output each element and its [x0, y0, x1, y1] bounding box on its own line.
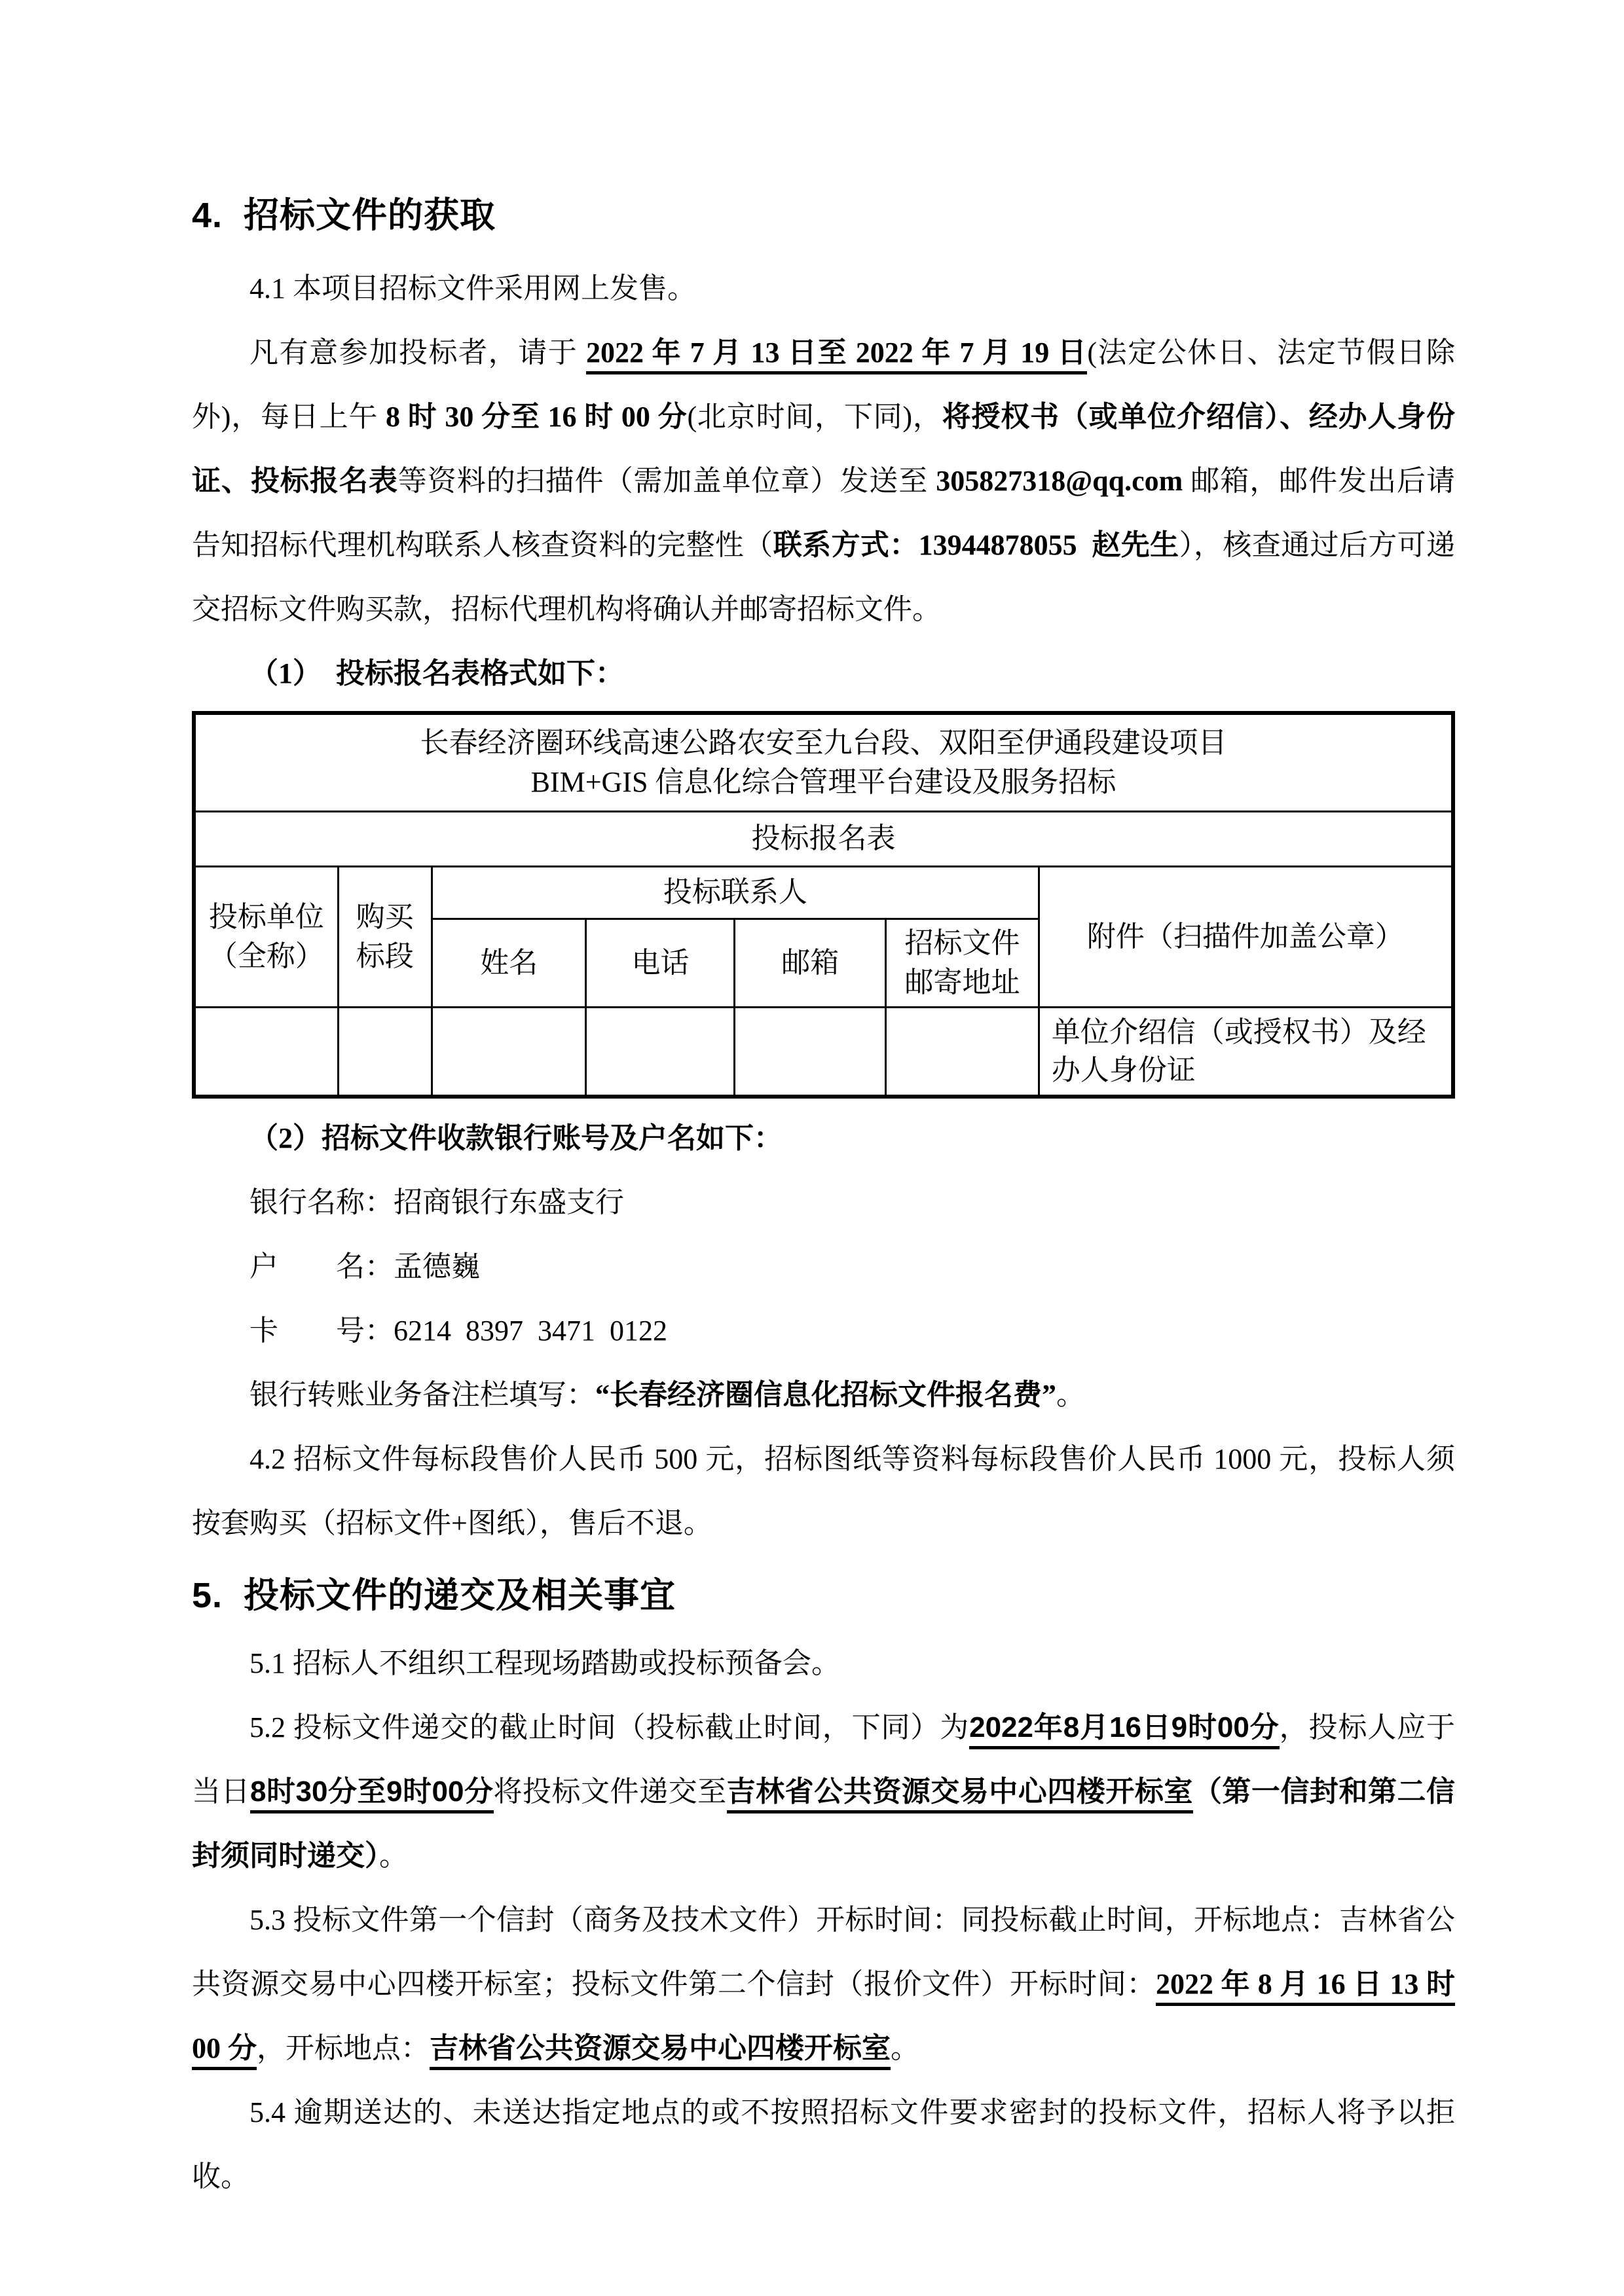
table-subtitle-cell: 投标报名表 [194, 811, 1453, 866]
col-header-bid-unit: 投标单位（全称） [194, 866, 338, 1007]
col-header-bid-contact: 投标联系人 [432, 866, 1039, 919]
para-apply-instructions: 凡有意参加投标者，请于 2022 年 7 月 13 日至 2022 年 7 月 … [192, 321, 1455, 642]
col-header-mail-address: 招标文件邮寄地址 [886, 919, 1039, 1007]
col-header-attachment: 附件（扫描件加盖公章） [1039, 866, 1453, 1007]
cell-phone-empty [586, 1007, 735, 1097]
para-4-2: 4.2 招标文件每标段售价人民币 500 元，招标图纸等资料每标段售价人民币 1… [192, 1427, 1455, 1556]
section5-heading: 5. 投标文件的递交及相关事宜 [192, 1574, 1455, 1617]
cell-bid-unit-empty [194, 1007, 338, 1097]
col-header-email: 邮箱 [735, 919, 886, 1007]
para-5-4: 5.4 逾期送达的、未送达指定地点的或不按照招标文件要求密封的投标文件，招标人将… [192, 2081, 1455, 2209]
signup-form-table: 长春经济圈环线高速公路农安至九台段、双阳至伊通段建设项目 BIM+GIS 信息化… [192, 711, 1455, 1099]
card-number-line: 卡 号：6214 8397 3471 0122 [192, 1299, 1455, 1363]
cell-attachment-value: 单位介绍信（或授权书）及经办人身份证 [1039, 1007, 1453, 1097]
account-holder-line: 户 名：孟德巍 [192, 1235, 1455, 1299]
col-header-name: 姓名 [432, 919, 586, 1007]
cell-email-empty [735, 1007, 886, 1097]
bank-name-line: 银行名称：招商银行东盛支行 [192, 1171, 1455, 1235]
cell-purchase-section-empty [338, 1007, 432, 1097]
para-5-3: 5.3 投标文件第一个信封（商务及技术文件）开标时间：同投标截止时间，开标地点：… [192, 1888, 1455, 2081]
para-5-2: 5.2 投标文件递交的截止时间（投标截止时间，下同）为2022年8月16日9时0… [192, 1696, 1455, 1888]
para-4-1: 4.1 本项目招标文件采用网上发售。 [192, 257, 1455, 321]
list-item-2-heading: （2）招标文件收款银行账号及户名如下： [192, 1106, 1455, 1171]
list-item-1-heading: （1） 投标报名表格式如下： [192, 642, 1455, 706]
table-project-title-line2: BIM+GIS 信息化综合管理平台建设及服务招标 [205, 763, 1442, 802]
col-header-purchase-section: 购买标段 [338, 866, 432, 1007]
transfer-note-line: 银行转账业务备注栏填写：“长春经济圈信息化招标文件报名费”。 [192, 1363, 1455, 1427]
cell-name-empty [432, 1007, 586, 1097]
col-header-phone: 电话 [586, 919, 735, 1007]
cell-mail-address-empty [886, 1007, 1039, 1097]
table-project-title-cell: 长春经济圈环线高速公路农安至九台段、双阳至伊通段建设项目 BIM+GIS 信息化… [194, 713, 1453, 811]
section4-heading: 4. 招标文件的获取 [192, 194, 1455, 237]
para-5-1: 5.1 招标人不组织工程现场踏勘或投标预备会。 [192, 1631, 1455, 1696]
table-project-title-line1: 长春经济圈环线高速公路农安至九台段、双阳至伊通段建设项目 [205, 723, 1442, 763]
document-page: 4. 招标文件的获取 4.1 本项目招标文件采用网上发售。 凡有意参加投标者，请… [0, 0, 1624, 2296]
